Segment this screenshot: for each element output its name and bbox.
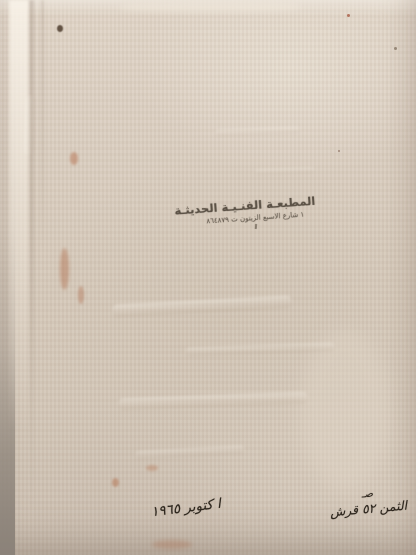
rust-stain bbox=[112, 478, 119, 487]
emboss-ridge bbox=[112, 295, 292, 317]
rust-stain bbox=[70, 152, 78, 165]
book-page-scan: المطبعـة الفنـيـة الحديثـة ١ شارع الاسبع… bbox=[0, 0, 416, 555]
emboss-ridge bbox=[118, 392, 308, 411]
emboss-ridge bbox=[135, 445, 245, 460]
worn-patch bbox=[120, 2, 300, 12]
dark-speck bbox=[338, 150, 340, 152]
ink-spot-stain bbox=[57, 25, 63, 32]
worn-patch bbox=[300, 330, 390, 490]
rust-stain bbox=[60, 248, 69, 290]
rust-stain bbox=[78, 286, 84, 304]
stamp-stray-tick bbox=[255, 224, 257, 229]
vertical-crease bbox=[29, 0, 34, 511]
rust-stain bbox=[146, 465, 158, 471]
printer-stamp: المطبعـة الفنـيـة الحديثـة ١ شارع الاسبع… bbox=[193, 194, 317, 233]
emboss-ridge bbox=[24, 95, 36, 155]
emboss-ridge bbox=[255, 167, 315, 175]
vertical-crease-2 bbox=[41, 0, 44, 250]
page-edge-highlight bbox=[9, 0, 29, 433]
rust-stain bbox=[152, 540, 192, 549]
handwritten-price-block: صـ الثمن ٥٢ قرش bbox=[321, 486, 415, 520]
red-speck bbox=[347, 14, 350, 17]
emboss-ridge bbox=[215, 127, 300, 137]
handwritten-date: ا كتوبر ١٩٦٥ bbox=[131, 493, 240, 522]
dark-speck bbox=[394, 47, 397, 50]
